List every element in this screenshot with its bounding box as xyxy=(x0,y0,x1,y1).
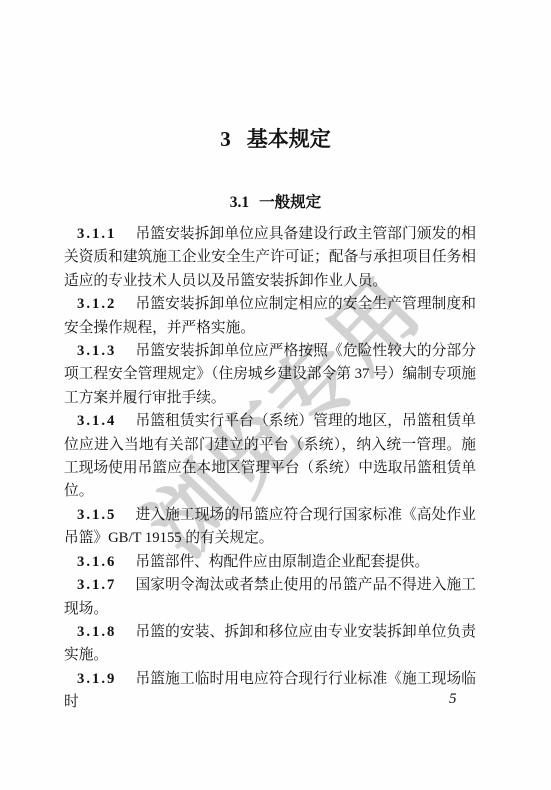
clause-text: 吊篮安装拆卸单位应具备建设行政主管部门颁发的相关资质和建筑施工企业安全生产许可证… xyxy=(64,226,476,289)
clause-3-1-7: 3.1.7国家明令淘汰或者禁止使用的吊篮产品不得进入施工现场。 xyxy=(64,574,476,621)
clause-3-1-2: 3.1.2吊篮安装拆卸单位应制定相应的安全生产管理制度和安全操作规程，并严格实施… xyxy=(64,293,476,340)
section-heading: 3.1一般规定 xyxy=(0,193,551,212)
clause-3-1-8: 3.1.8吊篮的安装、拆卸和移位应由专业安装拆卸单位负责实施。 xyxy=(64,621,476,668)
chapter-title: 基本规定 xyxy=(247,128,331,151)
clause-text: 吊篮部件、构配件应由原制造企业配套提供。 xyxy=(135,554,429,570)
clause-number: 3.1.1 xyxy=(77,226,116,242)
chapter-heading: 3基本规定 xyxy=(0,126,551,153)
clause-number: 3.1.7 xyxy=(77,577,116,593)
section-title: 一般规定 xyxy=(259,194,321,211)
clause-3-1-4: 3.1.4吊篮租赁实行平台（系统）管理的地区，吊篮租赁单位应进入当地有关部门建立… xyxy=(64,410,476,504)
clause-3-1-5: 3.1.5进入施工现场的吊篮应符合现行国家标准《高处作业吊篮》GB/T 1915… xyxy=(64,504,476,551)
clause-text: 吊篮的安装、拆卸和移位应由专业安装拆卸单位负责实施。 xyxy=(64,624,476,663)
section-number: 3.1 xyxy=(230,194,249,211)
clause-3-1-1: 3.1.1吊篮安装拆卸单位应具备建设行政主管部门颁发的相关资质和建筑施工企业安全… xyxy=(64,223,476,293)
document-page: 浏览专用 3基本规定 3.1一般规定 3.1.1吊篮安装拆卸单位应具备建设行政主… xyxy=(0,0,551,790)
clause-text: 吊篮安装拆卸单位应制定相应的安全生产管理制度和安全操作规程，并严格实施。 xyxy=(64,296,476,335)
clause-text: 国家明令淘汰或者禁止使用的吊篮产品不得进入施工现场。 xyxy=(64,577,476,616)
clause-3-1-3: 3.1.3吊篮安装拆卸单位应严格按照《危险性较大的分部分项工程安全管理规定》（住… xyxy=(64,340,476,410)
clause-number: 3.1.8 xyxy=(77,624,116,640)
clause-list: 3.1.1吊篮安装拆卸单位应具备建设行政主管部门颁发的相关资质和建筑施工企业安全… xyxy=(64,223,476,715)
chapter-number: 3 xyxy=(220,127,231,151)
clause-number: 3.1.6 xyxy=(77,554,116,570)
clause-text: 吊篮安装拆卸单位应严格按照《危险性较大的分部分项工程安全管理规定》（住房城乡建设… xyxy=(64,343,476,406)
page-number: 5 xyxy=(449,691,457,708)
clause-text: 进入施工现场的吊篮应符合现行国家标准《高处作业吊篮》GB/T 19155 的有关… xyxy=(64,507,476,546)
clause-number: 3.1.4 xyxy=(77,413,116,429)
clause-3-1-6: 3.1.6吊篮部件、构配件应由原制造企业配套提供。 xyxy=(64,551,476,574)
clause-number: 3.1.3 xyxy=(77,343,116,359)
clause-3-1-9: 3.1.9吊篮施工临时用电应符合现行行业标准《施工现场临时 xyxy=(64,668,476,715)
clause-text: 吊篮租赁实行平台（系统）管理的地区，吊篮租赁单位应进入当地有关部门建立的平台（系… xyxy=(64,413,476,499)
clause-number: 3.1.2 xyxy=(77,296,116,312)
clause-number: 3.1.9 xyxy=(77,671,116,687)
clause-text: 吊篮施工临时用电应符合现行行业标准《施工现场临时 xyxy=(64,671,476,710)
clause-number: 3.1.5 xyxy=(77,507,116,523)
